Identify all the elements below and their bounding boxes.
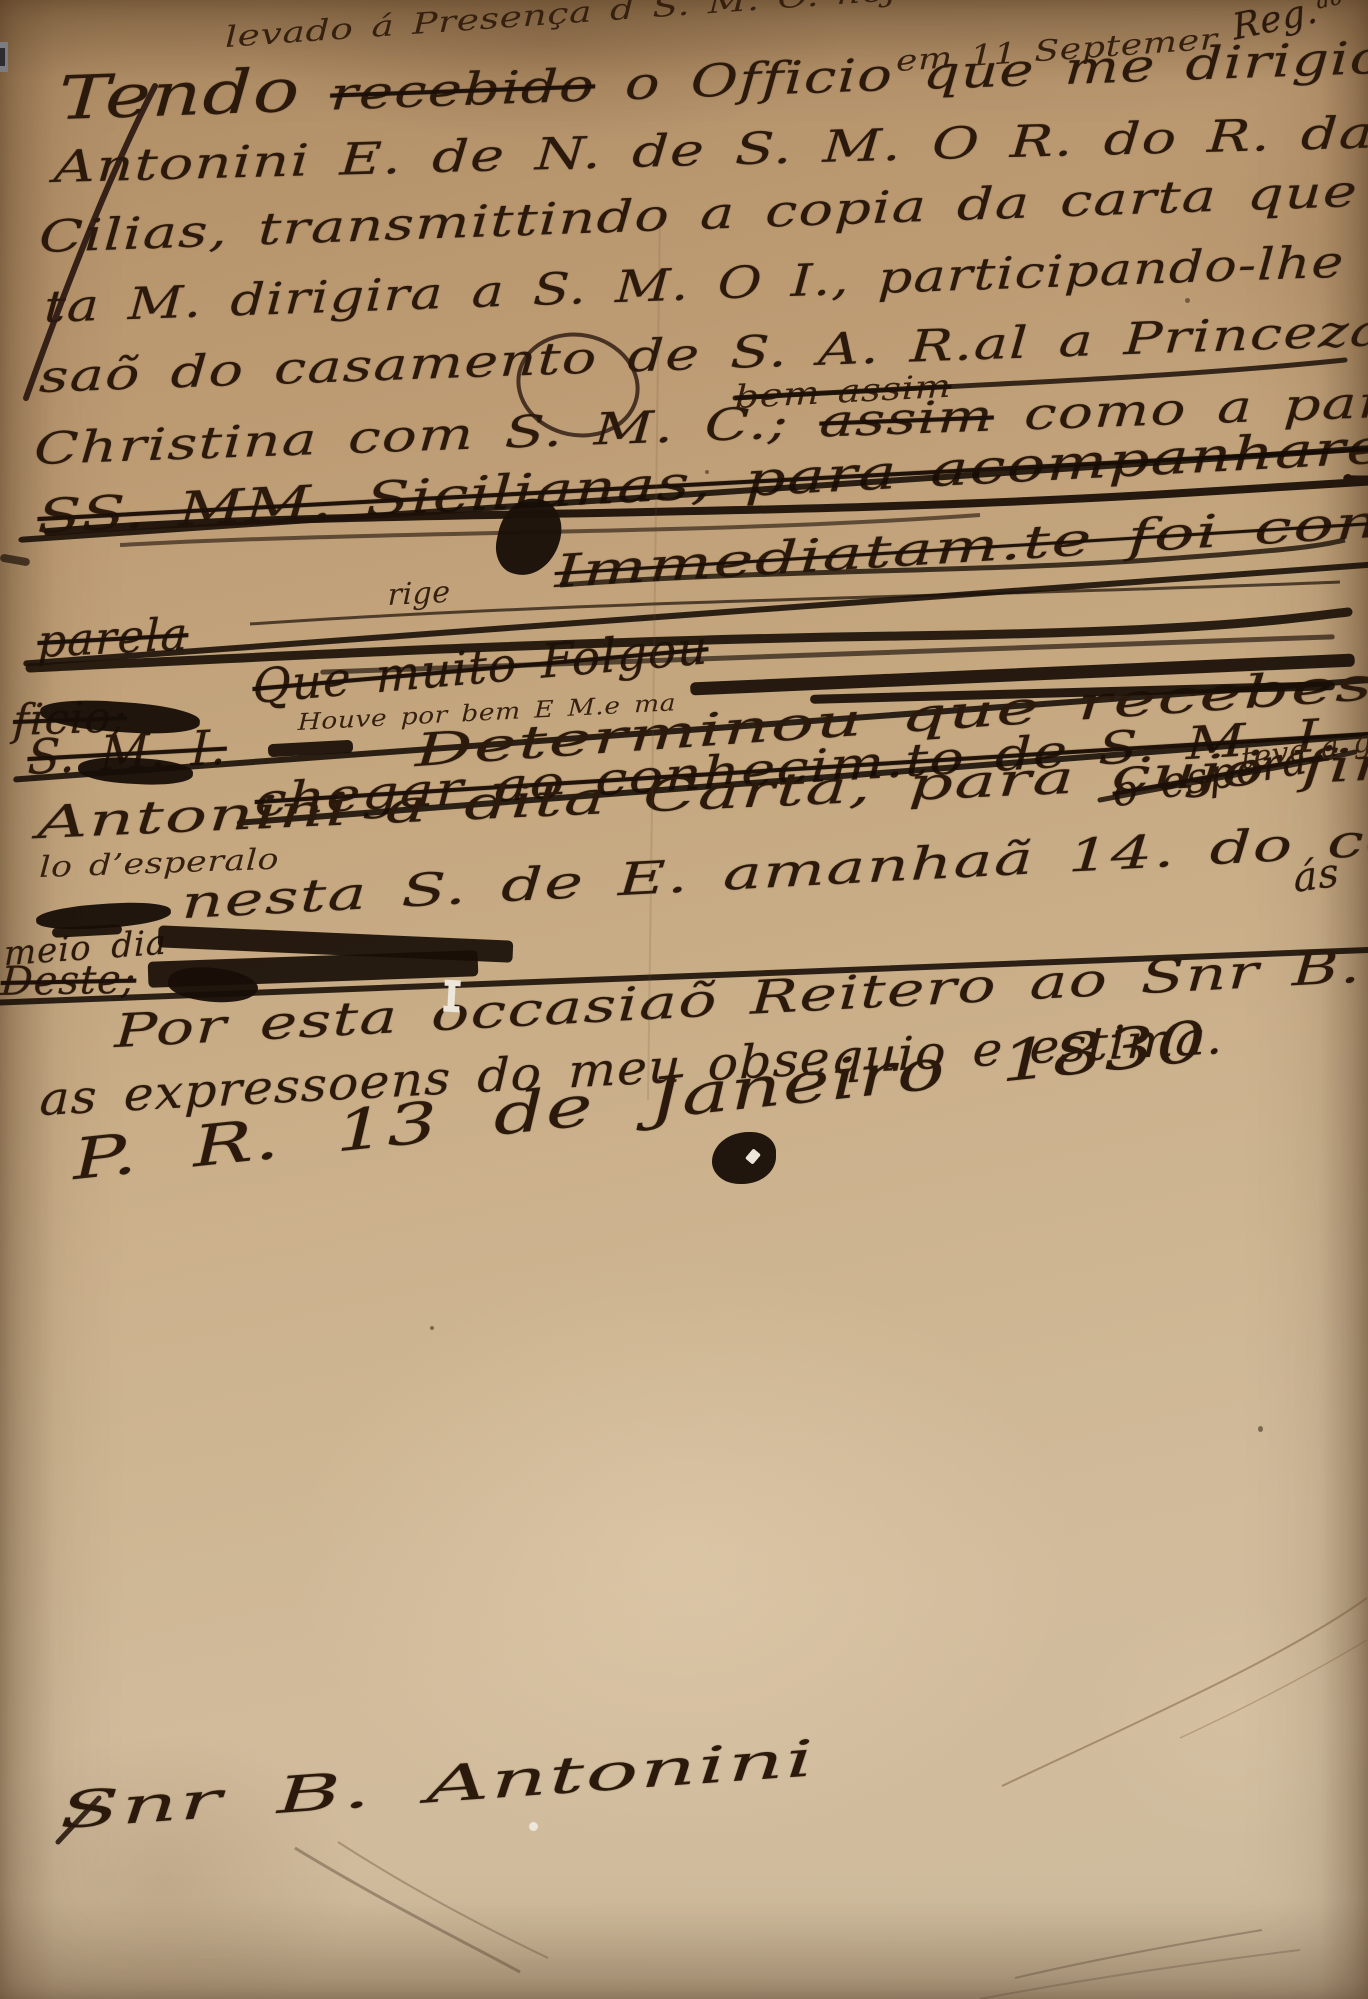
paper-chip-stem — [447, 985, 455, 1007]
pencil-stroke-below-signature-1 — [295, 1848, 520, 1972]
margin-fragment-top — [0, 553, 30, 566]
paper-edge-notch-shadow — [0, 48, 5, 66]
ink-speck-1 — [1185, 298, 1190, 303]
registered-mark-superscript: do — [1315, 0, 1344, 14]
interline-note-rige: rige — [387, 575, 450, 613]
ink-speck-4 — [430, 1326, 434, 1330]
pencil-stroke-below-signature-2 — [338, 1842, 548, 1958]
superscript-as: ás — [1292, 850, 1341, 902]
crease-bottom-right-2 — [1180, 1640, 1367, 1738]
paper-chip-signature — [529, 1822, 538, 1831]
ink-speck-2 — [705, 470, 709, 474]
paper-chip-I — [443, 980, 461, 1013]
addressee-line: Snr B. Antonini — [60, 1729, 815, 1840]
struck-word-assim: assim — [819, 390, 995, 447]
struck-word-recebido: recebido — [329, 58, 596, 120]
ink-blot-date-13 — [712, 1132, 776, 1184]
pencil-scribble-bottom-right-1 — [1015, 1930, 1262, 1978]
line-1-rest: o Officio que me dirigio o Snr B — [624, 21, 1368, 110]
paper-chip-bottom — [443, 1006, 459, 1013]
ink-speck-3 — [1258, 1426, 1263, 1432]
pencil-scribble-bottom-right-2 — [980, 1950, 1300, 1999]
crease-bottom-right-1 — [1002, 1598, 1367, 1786]
line-1-opening-word: Tendo — [58, 56, 302, 135]
manuscript-page: levado á Presença d S. M. O. hoje em 11 … — [0, 0, 1368, 1999]
